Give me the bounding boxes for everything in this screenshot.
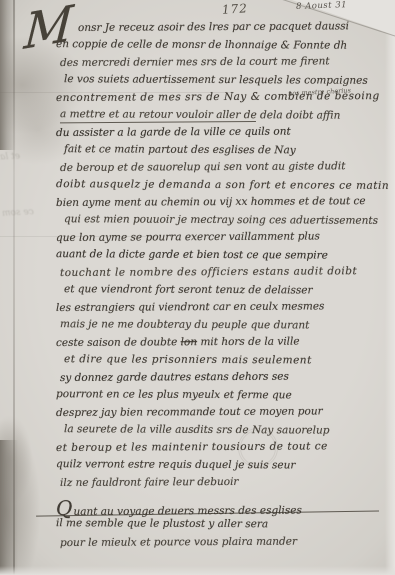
line-text: du assister a la garde de la ville ce qu…	[56, 126, 291, 139]
manuscript-line: et dire que les prisonniers mais seuleme…	[64, 351, 386, 370]
manuscript-line: en coppie de celle de monsr de lhonnaige…	[56, 36, 386, 55]
paragraph: onsr Je receuz asoir des lres par ce pac…	[56, 19, 386, 492]
manuscript-line: ceste saison de doubte lon mit hors de l…	[56, 333, 386, 353]
line-text: le vos suiets aduertissement sur lesquel…	[64, 73, 368, 87]
line-text: bien ayme ment au chemin ou vij xx homme…	[56, 195, 366, 209]
manuscript-line: doibt ausquelz je demanda a son fort et …	[56, 176, 386, 195]
line-text: pour le mieulx et pource vous plaira man…	[60, 535, 297, 548]
manuscript-line: Quant au voyage deuers messrs des esglis…	[56, 497, 386, 517]
manuscript-line: auant de la dicte garde et bien tost ce …	[56, 246, 386, 265]
line-text: et beroup et les maintenir tousiours de …	[56, 440, 328, 454]
line-text: en coppie de celle de monsr de lhonnaige…	[56, 38, 347, 52]
page-number: 172	[222, 1, 249, 17]
manuscript-line: les estrangiers qui viendront car en ceu…	[56, 298, 386, 318]
date-annotation: 8 Aoust 31	[296, 0, 347, 12]
manuscript-line: le vos suiets aduertissement sur lesquel…	[64, 71, 386, 90]
line-text: onsr Je receuz asoir des lres par ce pac…	[78, 20, 349, 34]
line-text: des mercredi dernier mes srs de la court…	[60, 55, 330, 69]
line-text: a mettre et au retour vouloir aller de d…	[60, 108, 340, 121]
manuscript-text: onsr Je receuz asoir des lres par ce pac…	[56, 19, 386, 551]
line-text: de beroup et de sauorelup qui sen vont a…	[60, 160, 345, 174]
struck-word: lon	[181, 336, 198, 348]
manuscript-line: et que viendront fort seront tenuz de de…	[64, 281, 386, 300]
vertical-fold-crease	[13, 0, 15, 575]
line-text: ilz ne fauldront faire leur debuoir	[60, 476, 239, 489]
manuscript-line: touchant le nombre des officiers estans …	[60, 263, 386, 282]
manuscript-line: fait et ce matin partout des esglises de…	[64, 141, 386, 160]
manuscript-line: a mettre et au retour vouloir aller de d…	[60, 106, 386, 125]
verso-bleedthrough-mark: ce som	[2, 207, 34, 219]
right-edge-highlight	[385, 0, 395, 575]
verso-bleedthrough-mark: et la	[0, 151, 20, 162]
manuscript-line: quilz verront estre requis duquel je sui…	[56, 456, 386, 475]
line-text: encontrement de mes srs de Nay & combien…	[56, 90, 380, 104]
left-edge-shadow-bottom	[0, 440, 18, 575]
line-text: ceste saison de doubte lon mit hors de l…	[56, 336, 300, 349]
line-text: la seurete de la ville ausdits srs de Na…	[64, 423, 330, 436]
line-text: fait et ce matin partout des esglises de…	[64, 143, 296, 156]
manuscript-page: ce som et la 172 8 Aoust 31 M nos mestre…	[0, 0, 395, 575]
line-text: pourront en ce les plus myeulx et ferme …	[56, 388, 292, 401]
manuscript-line: mais je ne me doubteray du peuple que du…	[60, 316, 386, 335]
manuscript-line: que lon ayme se pourra exercer vaillamme…	[56, 228, 386, 248]
manuscript-line: ilz ne fauldront faire leur debuoir	[60, 473, 386, 492]
line-text: quilz verront estre requis duquel je sui…	[56, 458, 295, 471]
line-text: et que viendront fort seront tenuz de de…	[64, 283, 313, 296]
manuscript-line: onsr Je receuz asoir des lres par ce pac…	[78, 18, 386, 37]
paragraph: Quant au voyage deuers messrs des esglis…	[56, 499, 386, 552]
line-text: que lon ayme se pourra exercer vaillamme…	[56, 230, 320, 244]
manuscript-line: qui est mien pouuoir je mectray soing ce…	[64, 211, 386, 230]
line-text: sy donnez garde dautres estans dehors se…	[60, 371, 289, 384]
line-text: et dire que les prisonniers mais seuleme…	[64, 353, 312, 366]
line-text: les estrangiers qui viendront car en ceu…	[56, 300, 325, 314]
manuscript-line: et beroup et les maintenir tousiours de …	[56, 438, 386, 458]
manuscript-line: de beroup et de sauorelup qui sen vont a…	[60, 158, 386, 177]
manuscript-line: pour le mieulx et pource vous plaira man…	[60, 533, 386, 552]
manuscript-line: il me semble que le plustost y aller ser…	[56, 515, 386, 534]
manuscript-line: des mercredi dernier mes srs de la court…	[60, 53, 386, 72]
line-text: auant de la dicte garde et bien tost ce …	[56, 248, 328, 261]
manuscript-line: encontrement de mes srs de Nay & combien…	[56, 88, 386, 108]
manuscript-line: du assister a la garde de la ville ce qu…	[56, 123, 386, 143]
manuscript-line: la seurete de la ville ausdits srs de Na…	[64, 421, 386, 440]
line-text: il me semble que le plustost y aller ser…	[56, 517, 268, 530]
line-text: doibt ausquelz je demanda a son fort et …	[56, 178, 389, 192]
manuscript-line: sy donnez garde dautres estans dehors se…	[60, 368, 386, 387]
line-text: touchant le nombre des officiers estans …	[60, 265, 357, 279]
manuscript-line: pourront en ce les plus myeulx et ferme …	[56, 386, 386, 405]
manuscript-line: desprez jay bien recommande tout ce moye…	[56, 403, 386, 423]
line-text: qui est mien pouuoir je mectray soing ce…	[64, 213, 378, 227]
line-text: desprez jay bien recommande tout ce moye…	[56, 405, 323, 419]
manuscript-line: bien ayme ment au chemin ou vij xx homme…	[56, 193, 386, 213]
bottom-edge-highlight	[0, 566, 395, 575]
line-text: mais je ne me doubteray du peuple que du…	[60, 318, 309, 331]
